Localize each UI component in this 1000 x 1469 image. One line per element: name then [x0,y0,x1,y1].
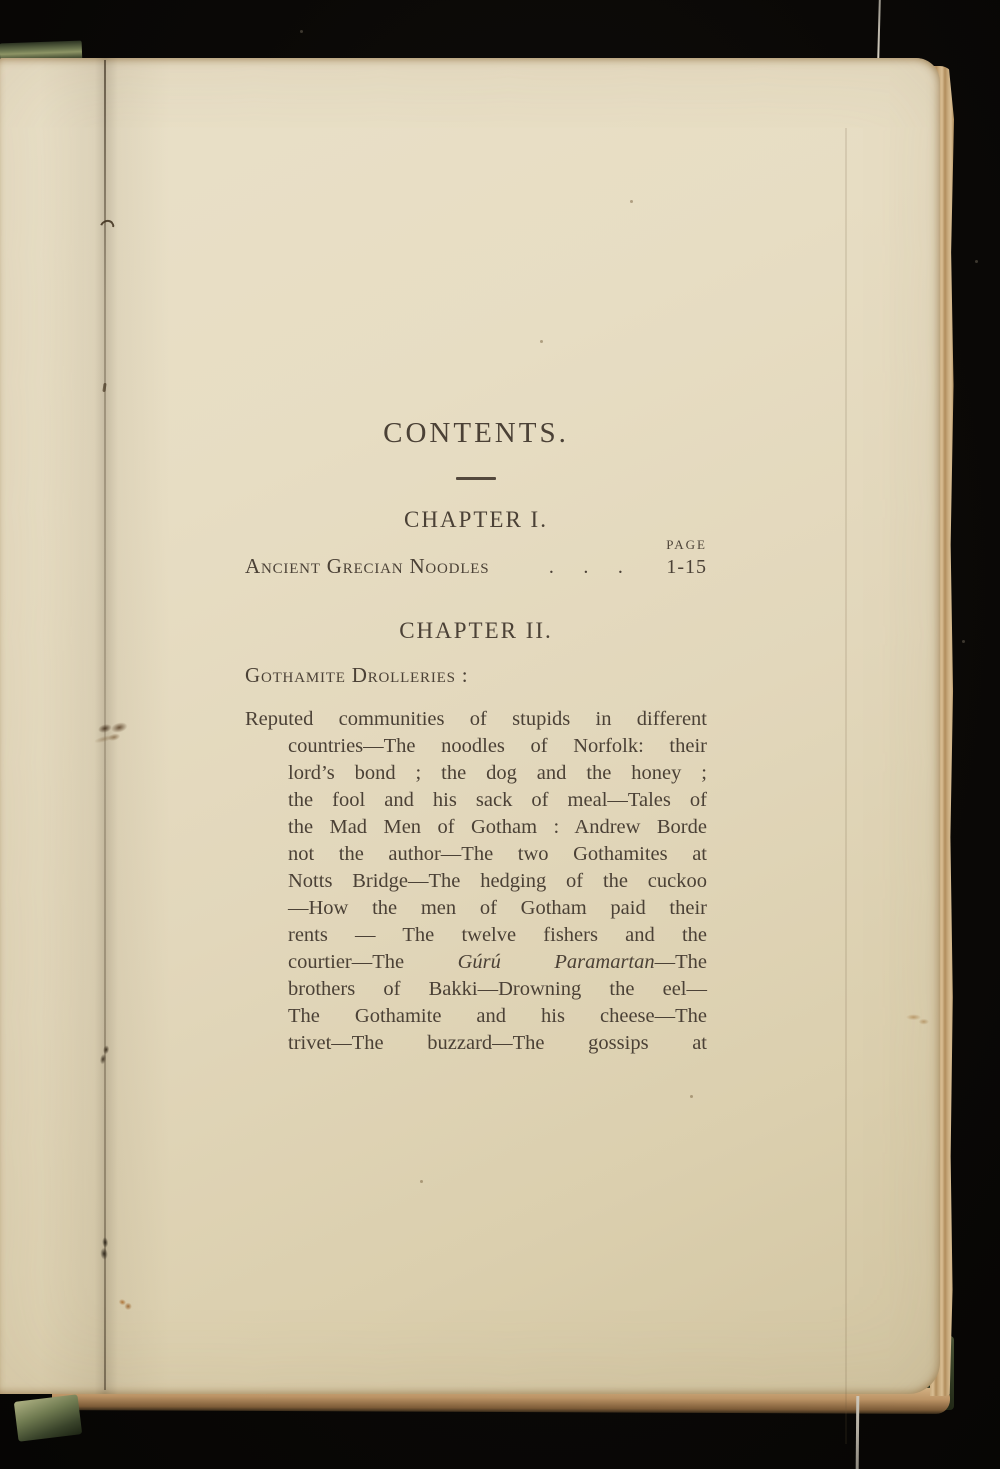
summary-line: brothers of Bakki—Drowning the eel— [288,976,707,1003]
summary-text: —How the men of Gotham paid their [288,897,707,919]
summary-line: Notts Bridge—The hedging of the cuckoo [288,868,707,895]
summary-line: the Mad Men of Gotham : Andrew Borde [288,814,707,841]
summary-text: brothers of Bakki—Drowning the eel— [288,978,707,1000]
summary-line: trivet—The buzzard—The gossips at [288,1030,707,1057]
chapter-2-section-heading: Gothamite Drolleries : [245,664,707,687]
summary-text: trivet—The buzzard—The gossips at [288,1032,707,1054]
summary-text: Reputed communities of stupids in differ… [245,708,707,730]
summary-line: countries—The noodles of Norfolk: their [288,733,707,760]
summary-line: rents — The twelve fishers and the [288,922,707,949]
summary-line: The Gothamite and his cheese—The [288,1003,707,1030]
contents-text-block: CONTENTS. CHAPTER I. PAGE Ancient Grecia… [245,415,707,1057]
summary-italic-text: Gúrú Paramartan [458,951,655,973]
summary-text: countries—The noodles of Norfolk: their [288,735,707,757]
summary-line: Reputed communities of stupids in differ… [245,706,707,733]
summary-text: courtier—The [288,951,458,973]
book-cover-edge-bottom-left [14,1394,82,1442]
summary-text: the fool and his sack of meal—Tales of [288,789,707,811]
toc-leader-dots: . . . [489,555,666,579]
summary-text: lord’s bond ; the dog and the honey ; [288,762,707,784]
summary-line: lord’s bond ; the dog and the honey ; [288,760,707,787]
leader-dot: . [549,555,554,579]
title-divider-rule [456,477,496,480]
dust-speck [962,640,965,643]
chapter-1-heading: CHAPTER I. [245,507,707,532]
toc-entry-pages: 1-15 [666,555,707,579]
paper-speck [420,1180,423,1183]
toc-entry-chapter-1: Ancient Grecian Noodles . . . 1-15 [245,554,707,579]
leader-dot: . [583,555,588,579]
thread-artifact-bottom [856,1396,860,1469]
leader-dot: . [618,555,623,579]
paper-speck [540,340,543,343]
summary-text: the Mad Men of Gotham : Andrew Borde [288,816,707,838]
summary-text: not the author—The two Gothamites at [288,843,707,865]
scanned-book-photo: CONTENTS. CHAPTER I. PAGE Ancient Grecia… [0,0,1000,1469]
thread-artifact-top [877,0,881,60]
summary-line: courtier—The Gúrú Paramartan—The [288,949,707,976]
toc-entry-title: Ancient Grecian Noodles [245,554,489,578]
page-title: CONTENTS. [245,418,707,448]
summary-text: rents — The twelve fishers and the [288,924,707,946]
summary-text: Notts Bridge—The hedging of the cuckoo [288,870,707,892]
dust-speck [975,260,978,263]
chapter-summary: Reputed communities of stupids in differ… [245,706,707,1057]
foxing-stain [900,1010,934,1028]
paper-speck [690,1095,693,1098]
page-column-label: PAGE [245,538,707,552]
paper-speck [630,200,633,203]
faint-vertical-crease [845,128,847,1444]
summary-text: —The [655,951,707,973]
dust-speck [300,30,303,33]
summary-line: the fool and his sack of meal—Tales of [288,787,707,814]
chapter-2-heading: CHAPTER II. [245,618,707,643]
summary-line: not the author—The two Gothamites at [288,841,707,868]
summary-line: —How the men of Gotham paid their [288,895,707,922]
summary-text: The Gothamite and his cheese—The [288,1005,707,1027]
